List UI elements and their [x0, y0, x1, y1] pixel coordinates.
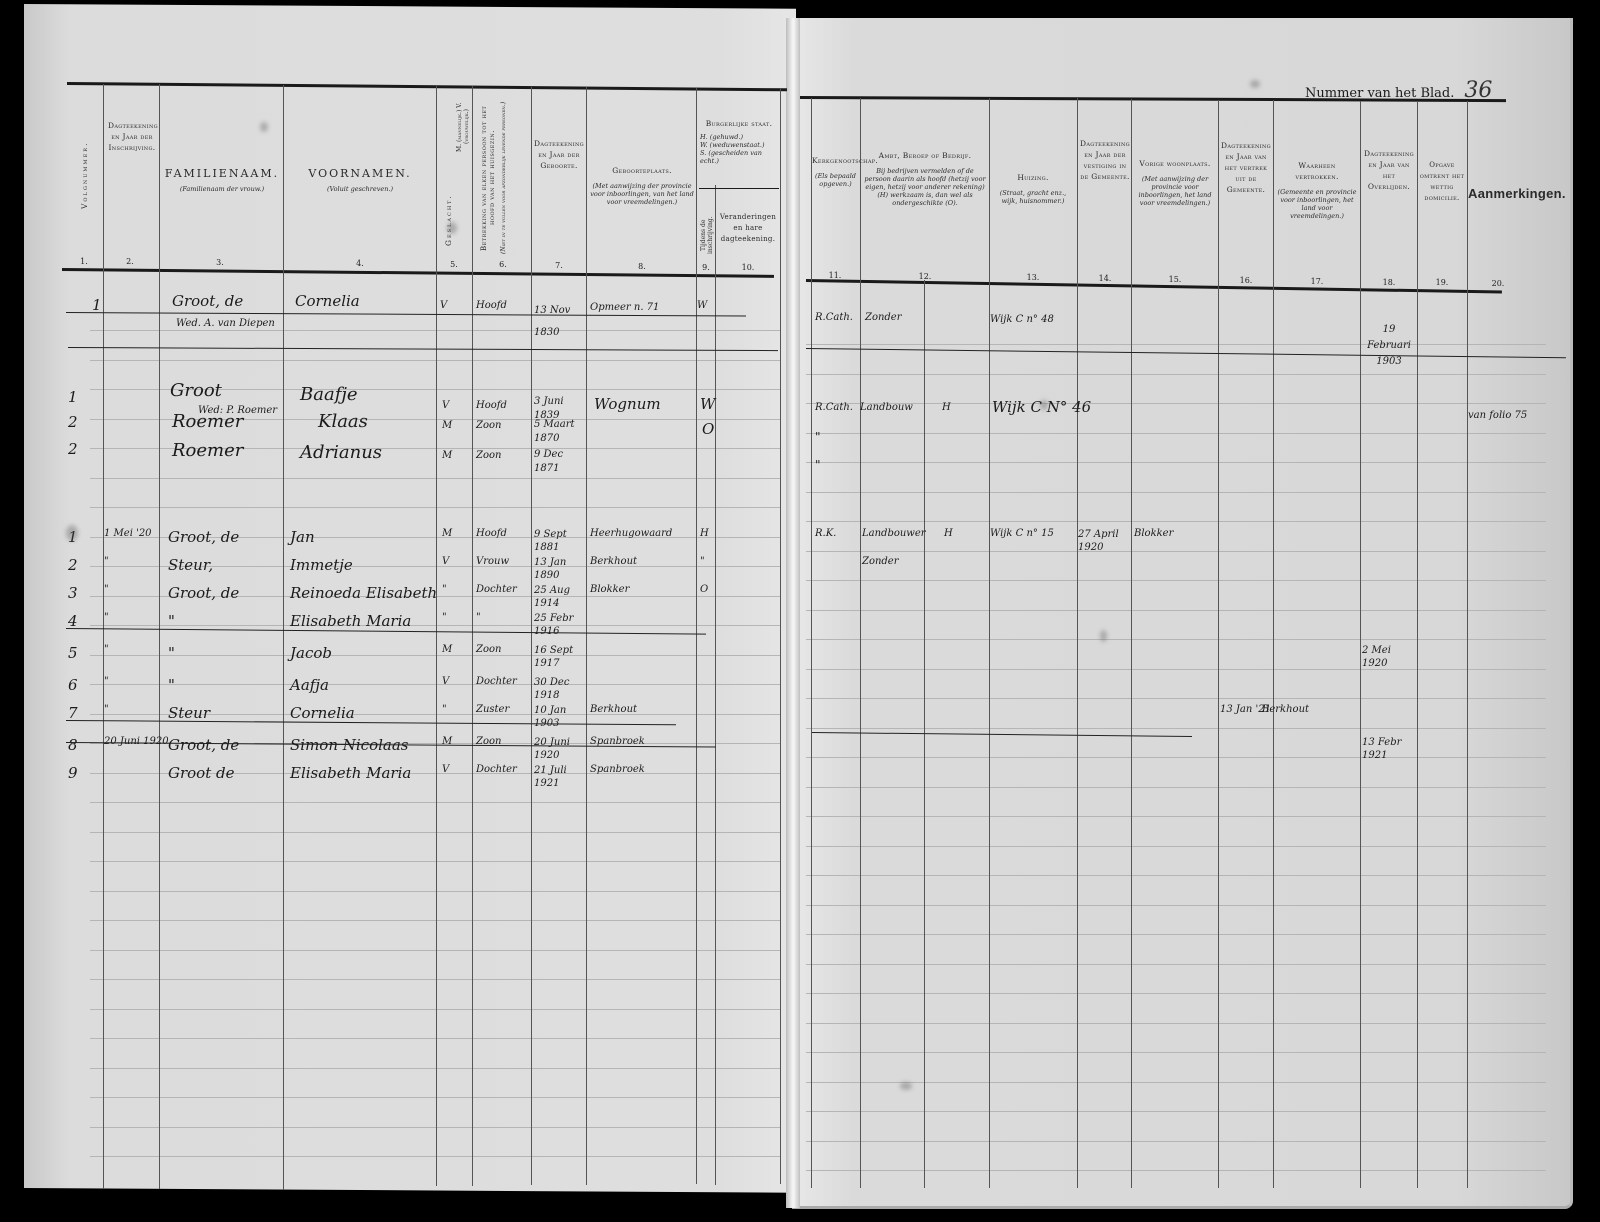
- entry-geslacht: M: [442, 420, 452, 431]
- ruled-line: [806, 521, 1546, 522]
- column-number: 3.: [170, 258, 270, 267]
- column-divider: [472, 86, 473, 1186]
- ruled-line: [806, 1052, 1546, 1053]
- column-divider: [283, 85, 284, 1190]
- column-divider: [1131, 99, 1132, 1188]
- column-divider: [159, 84, 160, 1189]
- entry-hfd: H: [944, 528, 953, 539]
- ruled-line: [806, 846, 1546, 847]
- entry-familienaam: Groot, de: [168, 584, 239, 602]
- entry-familienaam: Groot de: [168, 764, 235, 782]
- ruled-line: [806, 580, 1546, 581]
- ruled-line: [806, 1170, 1546, 1171]
- column-number: 20.: [1468, 279, 1528, 288]
- column-divider: [1467, 101, 1468, 1188]
- ruled-line: [90, 478, 780, 479]
- entry-geboorte: 30 Dec 1918: [534, 676, 590, 702]
- entry-inschr: ": [104, 584, 109, 595]
- column-divider: [531, 87, 532, 1185]
- ruled-line: [90, 950, 780, 951]
- header-beroep: Ambt, Beroep of Bedrijf.Bij bedrijven ve…: [863, 150, 987, 207]
- entry-geboorte: 13 Nov 1830: [534, 300, 584, 344]
- entry-geboorteplaats: Berkhout: [590, 704, 637, 715]
- entry-betrekking: Zoon: [476, 420, 501, 431]
- paper-stain: [900, 1082, 912, 1090]
- column-divider: [860, 98, 861, 1188]
- entry-voornamen: Reinoeda Elisabeth: [290, 584, 437, 602]
- entry-geslacht: M: [442, 450, 452, 461]
- ruled-line: [90, 1097, 780, 1098]
- entry-beroep: Landbouw: [860, 402, 913, 413]
- ruled-line: [90, 861, 780, 862]
- entry-hoofd-ondergeschikte: H: [942, 402, 951, 413]
- paper-stain: [1250, 80, 1260, 88]
- entry-voornamen: Aafja: [290, 676, 329, 694]
- ruled-line: [90, 920, 780, 921]
- entry-voornamen: Jan: [290, 528, 315, 546]
- entry-inschr: 1 Mei '20: [104, 528, 152, 539]
- entry-geslacht: V: [442, 556, 449, 567]
- entry-familienaam: Groot, de: [172, 292, 243, 310]
- entry-voornamen: Adrianus: [300, 442, 382, 463]
- ruled-line: [90, 655, 780, 656]
- entry-familienaam: ": [168, 612, 175, 630]
- header-geslacht: Geslacht.: [444, 190, 453, 250]
- column-number: 18.: [1362, 278, 1416, 287]
- header-vertrek: Dagteekening en Jaar van het vertrek uit…: [1220, 140, 1272, 195]
- ruled-line: [806, 551, 1546, 552]
- ruled-line: [90, 1127, 780, 1128]
- header-vestiging: Dagteekening en Jaar der vestiging in de…: [1080, 138, 1130, 182]
- entry-geslacht: V: [442, 400, 449, 411]
- entry-betrekking: Dochter: [476, 676, 517, 687]
- entry-familienaam: Roemer: [172, 411, 243, 432]
- entry-huizing: Wijk C n° 15: [990, 528, 1054, 539]
- header-familienaam: FAMILIENAAM.(Familienaam der vrouw.): [163, 168, 281, 193]
- column-number: 2.: [110, 257, 150, 266]
- entry-aanmerking: van folio 75: [1468, 410, 1527, 421]
- entry-geboorte: 9 Dec 1871: [534, 448, 586, 476]
- column-number: 7.: [534, 261, 584, 270]
- book-spine: [786, 18, 800, 1208]
- entry-vestiging: 27 April 1920: [1078, 528, 1134, 554]
- header-veranderingen: Veranderingen en hare dagteekening.: [718, 212, 778, 245]
- column-divider: [989, 98, 990, 1188]
- entry-voornamen: Elisabeth Maria: [290, 764, 411, 782]
- column-number: 17.: [1276, 277, 1358, 286]
- entry-volg: 9: [68, 764, 78, 782]
- entry-geboorte: 20 Juni 1920: [534, 736, 590, 762]
- column-divider: [1273, 100, 1274, 1188]
- column-number: 13.: [992, 273, 1074, 282]
- entry-volg: 6: [68, 676, 78, 694]
- ruled-line: [90, 684, 780, 685]
- paper-stain: [447, 222, 457, 234]
- header-aanmerkingen: Aanmerkingen.: [1468, 188, 1564, 199]
- entry-betrekking: Zoon: [476, 450, 501, 461]
- ruled-line: [806, 934, 1546, 935]
- entry-geboorte: 13 Jan 1890: [534, 556, 590, 582]
- entry-geboorteplaats: Heerhugowaard: [590, 528, 672, 539]
- ruled-line: [806, 374, 1546, 375]
- column-number: 11.: [815, 271, 855, 280]
- ruled-line: [806, 639, 1546, 640]
- header-betrekking: Betrekking van elken persoon tot het hoo…: [480, 98, 496, 258]
- entry-volgnummer: 2: [68, 413, 78, 431]
- column-number: 10.: [718, 263, 778, 272]
- entry-volg: 5: [68, 644, 78, 662]
- paper-stain: [66, 525, 78, 541]
- ruled-line: [806, 1023, 1546, 1024]
- entry-kerk-ditto: ": [815, 430, 821, 444]
- ruled-line: [90, 1068, 780, 1069]
- entry-geboorteplaats: Wognum: [594, 395, 661, 413]
- ruled-line: [806, 728, 1546, 729]
- entry-betrekking: Hoofd: [476, 300, 507, 311]
- entry-familienaam: Groot, de: [168, 736, 239, 754]
- entry-betrekking: Hoofd: [476, 528, 507, 539]
- entry-voornamen: Jacob: [290, 644, 332, 662]
- ruled-line: [806, 610, 1546, 611]
- entry-waarheen: Berkhout: [1262, 704, 1309, 715]
- entry-overlijden: 19 Februari 1903: [1362, 322, 1416, 370]
- ruled-line: [806, 905, 1546, 906]
- header-geboorte: Dagteekening en Jaar der Geboorte.: [534, 138, 584, 171]
- paper-stain: [1100, 630, 1107, 642]
- ruled-line: [90, 330, 780, 331]
- header-overlijden: Dagteekening en Jaar van het Overlijden.: [1362, 148, 1416, 192]
- entry-volg: 8: [68, 736, 78, 754]
- column-divider: [1218, 100, 1219, 1188]
- entry-familienaam: Steur,: [168, 556, 213, 574]
- ruled-line: [806, 403, 1546, 404]
- header-domicilie: Opgave omtrent het wettig domicilie.: [1418, 160, 1466, 204]
- entry-geboorte: 5 Maart 1870: [534, 418, 586, 446]
- header-huizing: Huizing.(Straat, gracht enz., wijk, huis…: [992, 172, 1074, 205]
- entry-inschr: ": [104, 612, 109, 623]
- entry-betrekking: Hoofd: [476, 400, 507, 411]
- entry-betrekking: Vrouw: [476, 556, 509, 567]
- header-geboorteplaats: Geboorteplaats.(Met aanwijzing der provi…: [590, 165, 694, 206]
- entry-geboorte: 21 Juli 1921: [534, 764, 590, 790]
- entry-geslacht: V: [442, 764, 449, 775]
- entry-volgnummer: 2: [68, 440, 78, 458]
- column-number: 12.: [865, 272, 985, 281]
- entry-voornamen: Cornelia: [290, 704, 355, 722]
- paper-stain: [260, 122, 268, 132]
- entry-staat: O: [700, 584, 708, 595]
- entry-voornamen: Elisabeth Maria: [290, 612, 411, 630]
- column-number: 8.: [590, 262, 694, 271]
- entry-betrekking: Zuster: [476, 704, 509, 715]
- entry-geslacht: ": [442, 612, 447, 623]
- header-vorige-woonplaats: Vorige woonplaats.(Met aanwijzing der pr…: [1134, 158, 1216, 207]
- column-divider: [811, 98, 812, 1188]
- entry-kerk: R.Cath.: [815, 402, 853, 413]
- ruled-line: [806, 669, 1546, 670]
- entry-staat: O: [702, 420, 714, 438]
- ruled-line: [90, 625, 780, 626]
- entry-geboorteplaats: Blokker: [590, 584, 629, 595]
- entry-beroep: Zonder: [865, 312, 902, 323]
- entry-inschr: ": [104, 556, 109, 567]
- ruled-line: [806, 433, 1546, 434]
- column-number: 16.: [1220, 276, 1272, 285]
- column-number: 1.: [70, 257, 98, 266]
- entry-familienaam: Roemer: [172, 440, 243, 461]
- column-number: 14.: [1080, 274, 1130, 283]
- paper-stain: [1040, 400, 1048, 410]
- ruled-line: [806, 875, 1546, 876]
- header-betrekking-note: (Niet in te vullen voor afzonderlijk lev…: [500, 98, 507, 258]
- entry-geboorte: 9 Sept 1881: [534, 528, 590, 554]
- column-divider: [780, 88, 781, 1184]
- entry-geboorte: 16 Sept 1917: [534, 644, 590, 670]
- entry-familienaam: Steur: [168, 704, 210, 722]
- column-number: 5.: [440, 260, 468, 269]
- ruled-line: [90, 1009, 780, 1010]
- entry-beroep: Landbouwer: [862, 528, 926, 539]
- entry-familienaam: Groot, de: [168, 528, 239, 546]
- column-number: 9.: [697, 263, 715, 272]
- entry-voornamen: Cornelia: [295, 292, 360, 310]
- ruled-line: [806, 698, 1546, 699]
- column-divider: [436, 86, 437, 1186]
- entry-overlijden: 2 Mei 1920: [1362, 644, 1418, 670]
- entry-voornamen: Klaas: [318, 411, 368, 432]
- entry-staat: ": [700, 556, 705, 567]
- ruled-line: [90, 1156, 780, 1157]
- entry-geslacht: V: [442, 676, 449, 687]
- ruled-line: [806, 462, 1546, 463]
- entry-kerk-ditto: ": [815, 458, 821, 472]
- ruled-line: [806, 993, 1546, 994]
- entry-geboorteplaats: Berkhout: [590, 556, 637, 567]
- entry-staat: W: [700, 395, 715, 413]
- entry-familienaam-note: Wed. A. van Diepen: [176, 318, 275, 329]
- staat-divider: [699, 188, 779, 189]
- entry-betrekking: Dochter: [476, 584, 517, 595]
- header-volgnummer: Volgnummer.: [80, 130, 89, 220]
- entry-geslacht: ": [442, 704, 447, 715]
- column-divider: [1077, 98, 1078, 1188]
- header-tijdens-inschrijving: Tijdens de inschrijving.: [700, 210, 714, 260]
- ruled-line: [806, 964, 1546, 965]
- ruled-line: [806, 1082, 1546, 1083]
- column-number: 4.: [290, 259, 430, 268]
- column-number: 6.: [478, 260, 528, 269]
- ruled-line: [806, 492, 1546, 493]
- column-divider: [103, 84, 104, 1189]
- ruled-line: [90, 1038, 780, 1039]
- ruled-line: [90, 507, 780, 508]
- column-number: 19.: [1418, 278, 1466, 287]
- column-number: 15.: [1134, 275, 1216, 284]
- entry-geslacht: M: [442, 644, 452, 655]
- entry-huizing: Wijk C n° 48: [990, 312, 1070, 328]
- ruled-line: [806, 1141, 1546, 1142]
- column-divider: [696, 88, 697, 1184]
- entry-volg: 3: [68, 584, 78, 602]
- ruled-line: [806, 757, 1546, 758]
- entry-betrekking: Dochter: [476, 764, 517, 775]
- header-voornamen: VOORNAMEN.(Voluit geschreven.): [287, 168, 433, 193]
- column-divider: [1360, 101, 1361, 1188]
- entry-volg: 2: [68, 556, 78, 574]
- entry-inschr: ": [104, 704, 109, 715]
- entry-voornamen: Immetje: [290, 556, 353, 574]
- entry-geslacht: ": [442, 584, 447, 595]
- entry-geboorte: 25 Aug 1914: [534, 584, 590, 610]
- header-inschrijving: Dagteekening en Jaar der Inschrijving.: [108, 120, 156, 153]
- ruled-line: [806, 787, 1546, 788]
- entry-voornamen: Baafje: [300, 384, 358, 405]
- entry-familienaam: ": [168, 676, 175, 694]
- ruled-line: [90, 832, 780, 833]
- header-waarheen: Waarheen vertrokken.(Gemeente en provinc…: [1276, 160, 1358, 220]
- entry-betrekking: ": [476, 612, 481, 623]
- ruled-line: [806, 344, 1546, 345]
- entry-familienaam: ": [168, 644, 175, 662]
- entry-betrekking: Zoon: [476, 644, 501, 655]
- entry-overlijden: 13 Febr 1921: [1362, 736, 1418, 762]
- ruled-line: [806, 816, 1546, 817]
- ruled-line: [806, 1111, 1546, 1112]
- entry-geslacht: M: [442, 528, 452, 539]
- column-divider: [715, 185, 716, 1185]
- entry-kerk: R.Cath.: [815, 312, 853, 323]
- ruled-line: [90, 979, 780, 980]
- entry-geslacht: V: [440, 300, 447, 311]
- entry-kerk: R.K.: [815, 528, 836, 539]
- entry-geboorte: 25 Febr 1916: [534, 612, 590, 638]
- entry-geboorte: 10 Jan 1903: [534, 704, 590, 730]
- entry-staat: W: [697, 300, 707, 311]
- entry-beroep: Zonder: [862, 556, 899, 567]
- entry-staat: H: [700, 528, 709, 539]
- entry-vorige: Blokker: [1134, 528, 1173, 539]
- entry-geboorteplaats: Spanbroek: [590, 764, 645, 775]
- entry-inschr: ": [104, 644, 109, 655]
- header-burgerlijke-staat: Burgerlijke staat. H. (gehuwd.)W. (weduw…: [700, 118, 778, 165]
- ruled-line: [90, 360, 780, 361]
- header-kerkgenootschap: Kerkgenootschap.(Els bepaald opgeven.): [812, 155, 859, 188]
- entry-inschr: ": [104, 676, 109, 687]
- ruled-line: [90, 802, 780, 803]
- entry-volgnummer: 1: [68, 388, 78, 406]
- entry-familienaam: Groot: [170, 380, 222, 401]
- header-geslacht-legend: M. (mannelijk.) V. (vrouwelijk.): [456, 92, 470, 162]
- ruled-line: [90, 891, 780, 892]
